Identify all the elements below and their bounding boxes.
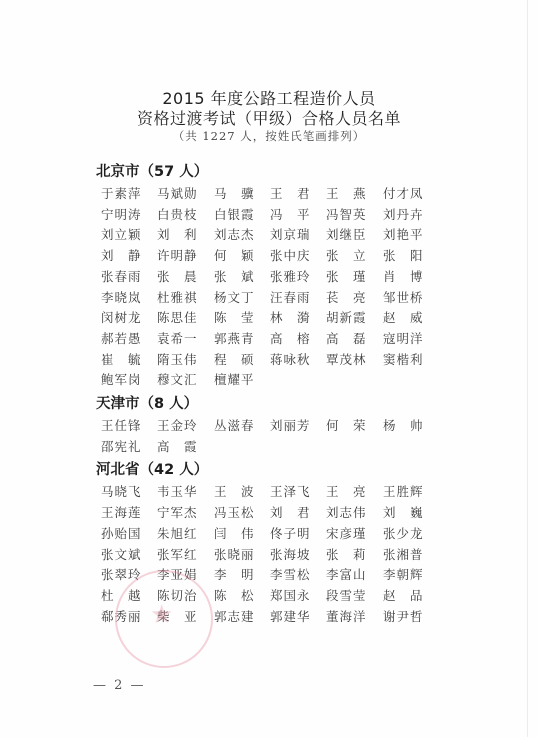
- name-cell: 刘艳平: [383, 225, 439, 243]
- name-cell: 王 君: [270, 184, 326, 202]
- name-cell: 程 硕: [214, 350, 270, 368]
- name-cell: 付才凤: [383, 184, 439, 202]
- name-cell: 谢尹哲: [383, 607, 439, 625]
- name-cell: 郭燕青: [214, 329, 270, 347]
- name-cell: 寇明洋: [383, 329, 439, 347]
- name-cell: 张海坡: [270, 545, 326, 563]
- name-cell: 韦玉华: [157, 482, 213, 500]
- name-cell: 张春雨: [101, 267, 157, 285]
- name-cell: 陈 莹: [214, 308, 270, 326]
- name-cell: 袁希一: [157, 329, 213, 347]
- name-cell: 陈 松: [214, 586, 270, 604]
- name-cell: 赵 品: [383, 586, 439, 604]
- name-cell: 刘 君: [270, 503, 326, 521]
- name-cell: 王胜辉: [383, 482, 439, 500]
- name-cell: 高 磊: [326, 329, 382, 347]
- name-cell: 王 波: [214, 482, 270, 500]
- name-cell: 佟子明: [270, 524, 326, 542]
- name-cell: 董海洋: [326, 607, 382, 625]
- name-cell: 陈思佳: [157, 308, 213, 326]
- seal-star-icon: ★: [150, 600, 173, 630]
- name-cell: 刘继臣: [326, 225, 382, 243]
- name-cell: 王任锋: [101, 416, 157, 434]
- name-cell: 宋彦瑾: [326, 524, 382, 542]
- name-cell: 邹世桥: [383, 288, 439, 306]
- name-cell: 张雅玲: [270, 267, 326, 285]
- name-cell: 王 燕: [326, 184, 382, 202]
- name-cell: 王泽飞: [270, 482, 326, 500]
- name-cell: 汪春雨: [270, 288, 326, 306]
- name-cell: 朱旭红: [157, 524, 213, 542]
- name-cell: 马 骥: [214, 184, 270, 202]
- name-cell: 张 晨: [157, 267, 213, 285]
- name-cell: 张中庆: [270, 246, 326, 264]
- name-cell: 何 颖: [214, 246, 270, 264]
- name-cell: 张 莉: [326, 545, 382, 563]
- name-cell: 刘丹卉: [383, 205, 439, 223]
- name-cell: 张少龙: [383, 524, 439, 542]
- name-cell: 郑国永: [270, 586, 326, 604]
- name-cell: 白贵枝: [157, 205, 213, 223]
- name-cell: 段雪莹: [326, 586, 382, 604]
- name-cell: 白银霞: [214, 205, 270, 223]
- section-heading: 北京市（57 人）: [96, 160, 208, 181]
- name-cell: 高 霞: [157, 437, 213, 455]
- name-cell: 张晓丽: [214, 545, 270, 563]
- name-cell: 许明静: [157, 246, 213, 264]
- name-cell: 刘志杰: [214, 225, 270, 243]
- name-cell: 隋玉伟: [157, 350, 213, 368]
- name-cell: 王金玲: [157, 416, 213, 434]
- name-cell: 刘 巍: [383, 503, 439, 521]
- name-cell: 张 瑾: [326, 267, 382, 285]
- name-cell: 于素萍: [101, 184, 157, 202]
- name-cell: 刘 静: [101, 246, 157, 264]
- name-cell: 郭志建: [214, 607, 270, 625]
- name-cell: 闫 伟: [214, 524, 270, 542]
- title-line-2: 资格过渡考试（甲级）合格人员名单: [0, 106, 538, 129]
- name-cell: 杨 帅: [383, 416, 439, 434]
- name-cell: 张湘普: [383, 545, 439, 563]
- name-cell: 杜雅祺: [157, 288, 213, 306]
- name-cell: 张 立: [326, 246, 382, 264]
- name-cell: 邵宪礼: [101, 437, 157, 455]
- name-cell: 杨文丁: [214, 288, 270, 306]
- name-cell: 刘立颖: [101, 225, 157, 243]
- section-heading: 河北省（42 人）: [96, 458, 208, 479]
- name-cell: 孙贻国: [101, 524, 157, 542]
- name-cell: 李富山: [326, 565, 382, 583]
- name-cell: 穆文汇: [157, 370, 213, 388]
- name-cell: 张文斌: [101, 545, 157, 563]
- name-cell: 丛滋春: [214, 416, 270, 434]
- name-cell: 闵树龙: [101, 308, 157, 326]
- subtitle: （共 1227 人，按姓氏笔画排列）: [0, 128, 538, 144]
- name-cell: 冯 平: [270, 205, 326, 223]
- name-cell: 郭建华: [270, 607, 326, 625]
- name-cell: 冯智英: [326, 205, 382, 223]
- page-number: — 2 —: [93, 678, 146, 693]
- name-cell: 肖 博: [383, 267, 439, 285]
- name-cell: 刘京瑞: [270, 225, 326, 243]
- name-cell: 郝若愚: [101, 329, 157, 347]
- name-cell: 崔 毓: [101, 350, 157, 368]
- name-cell: 鲍军岗: [101, 370, 157, 388]
- name-cell: 王海莲: [101, 503, 157, 521]
- name-cell: 窦楷利: [383, 350, 439, 368]
- name-cell: 李朝辉: [383, 565, 439, 583]
- name-cell: 覃茂林: [326, 350, 382, 368]
- name-cell: 张 斌: [214, 267, 270, 285]
- name-cell: 李 明: [214, 565, 270, 583]
- name-cell: 刘 利: [157, 225, 213, 243]
- name-cell: 刘志伟: [326, 503, 382, 521]
- name-cell: 何 荣: [326, 416, 382, 434]
- name-cell: 苌 亮: [326, 288, 382, 306]
- name-cell: 宁明涛: [101, 205, 157, 223]
- name-cell: 宁军杰: [157, 503, 213, 521]
- name-cell: 马晓飞: [101, 482, 157, 500]
- section-heading: 天津市（8 人）: [96, 392, 198, 413]
- name-cell: 张 阳: [383, 246, 439, 264]
- name-cell: 王 亮: [326, 482, 382, 500]
- name-cell: 高 榕: [270, 329, 326, 347]
- name-cell: 赵 威: [383, 308, 439, 326]
- document-page: 2015 年度公路工程造价人员 资格过渡考试（甲级）合格人员名单 （共 1227…: [0, 0, 538, 737]
- name-cell: 李雪松: [270, 565, 326, 583]
- name-cell: 蒋咏秋: [270, 350, 326, 368]
- name-cell: 刘丽芳: [270, 416, 326, 434]
- name-cell: 冯玉松: [214, 503, 270, 521]
- name-cell: 林 漪: [270, 308, 326, 326]
- name-cell: 张军红: [157, 545, 213, 563]
- name-cell: 胡新霞: [326, 308, 382, 326]
- name-cell: 马斌勋: [157, 184, 213, 202]
- name-cell: 李晓岚: [101, 288, 157, 306]
- name-cell: 檀耀平: [214, 370, 270, 388]
